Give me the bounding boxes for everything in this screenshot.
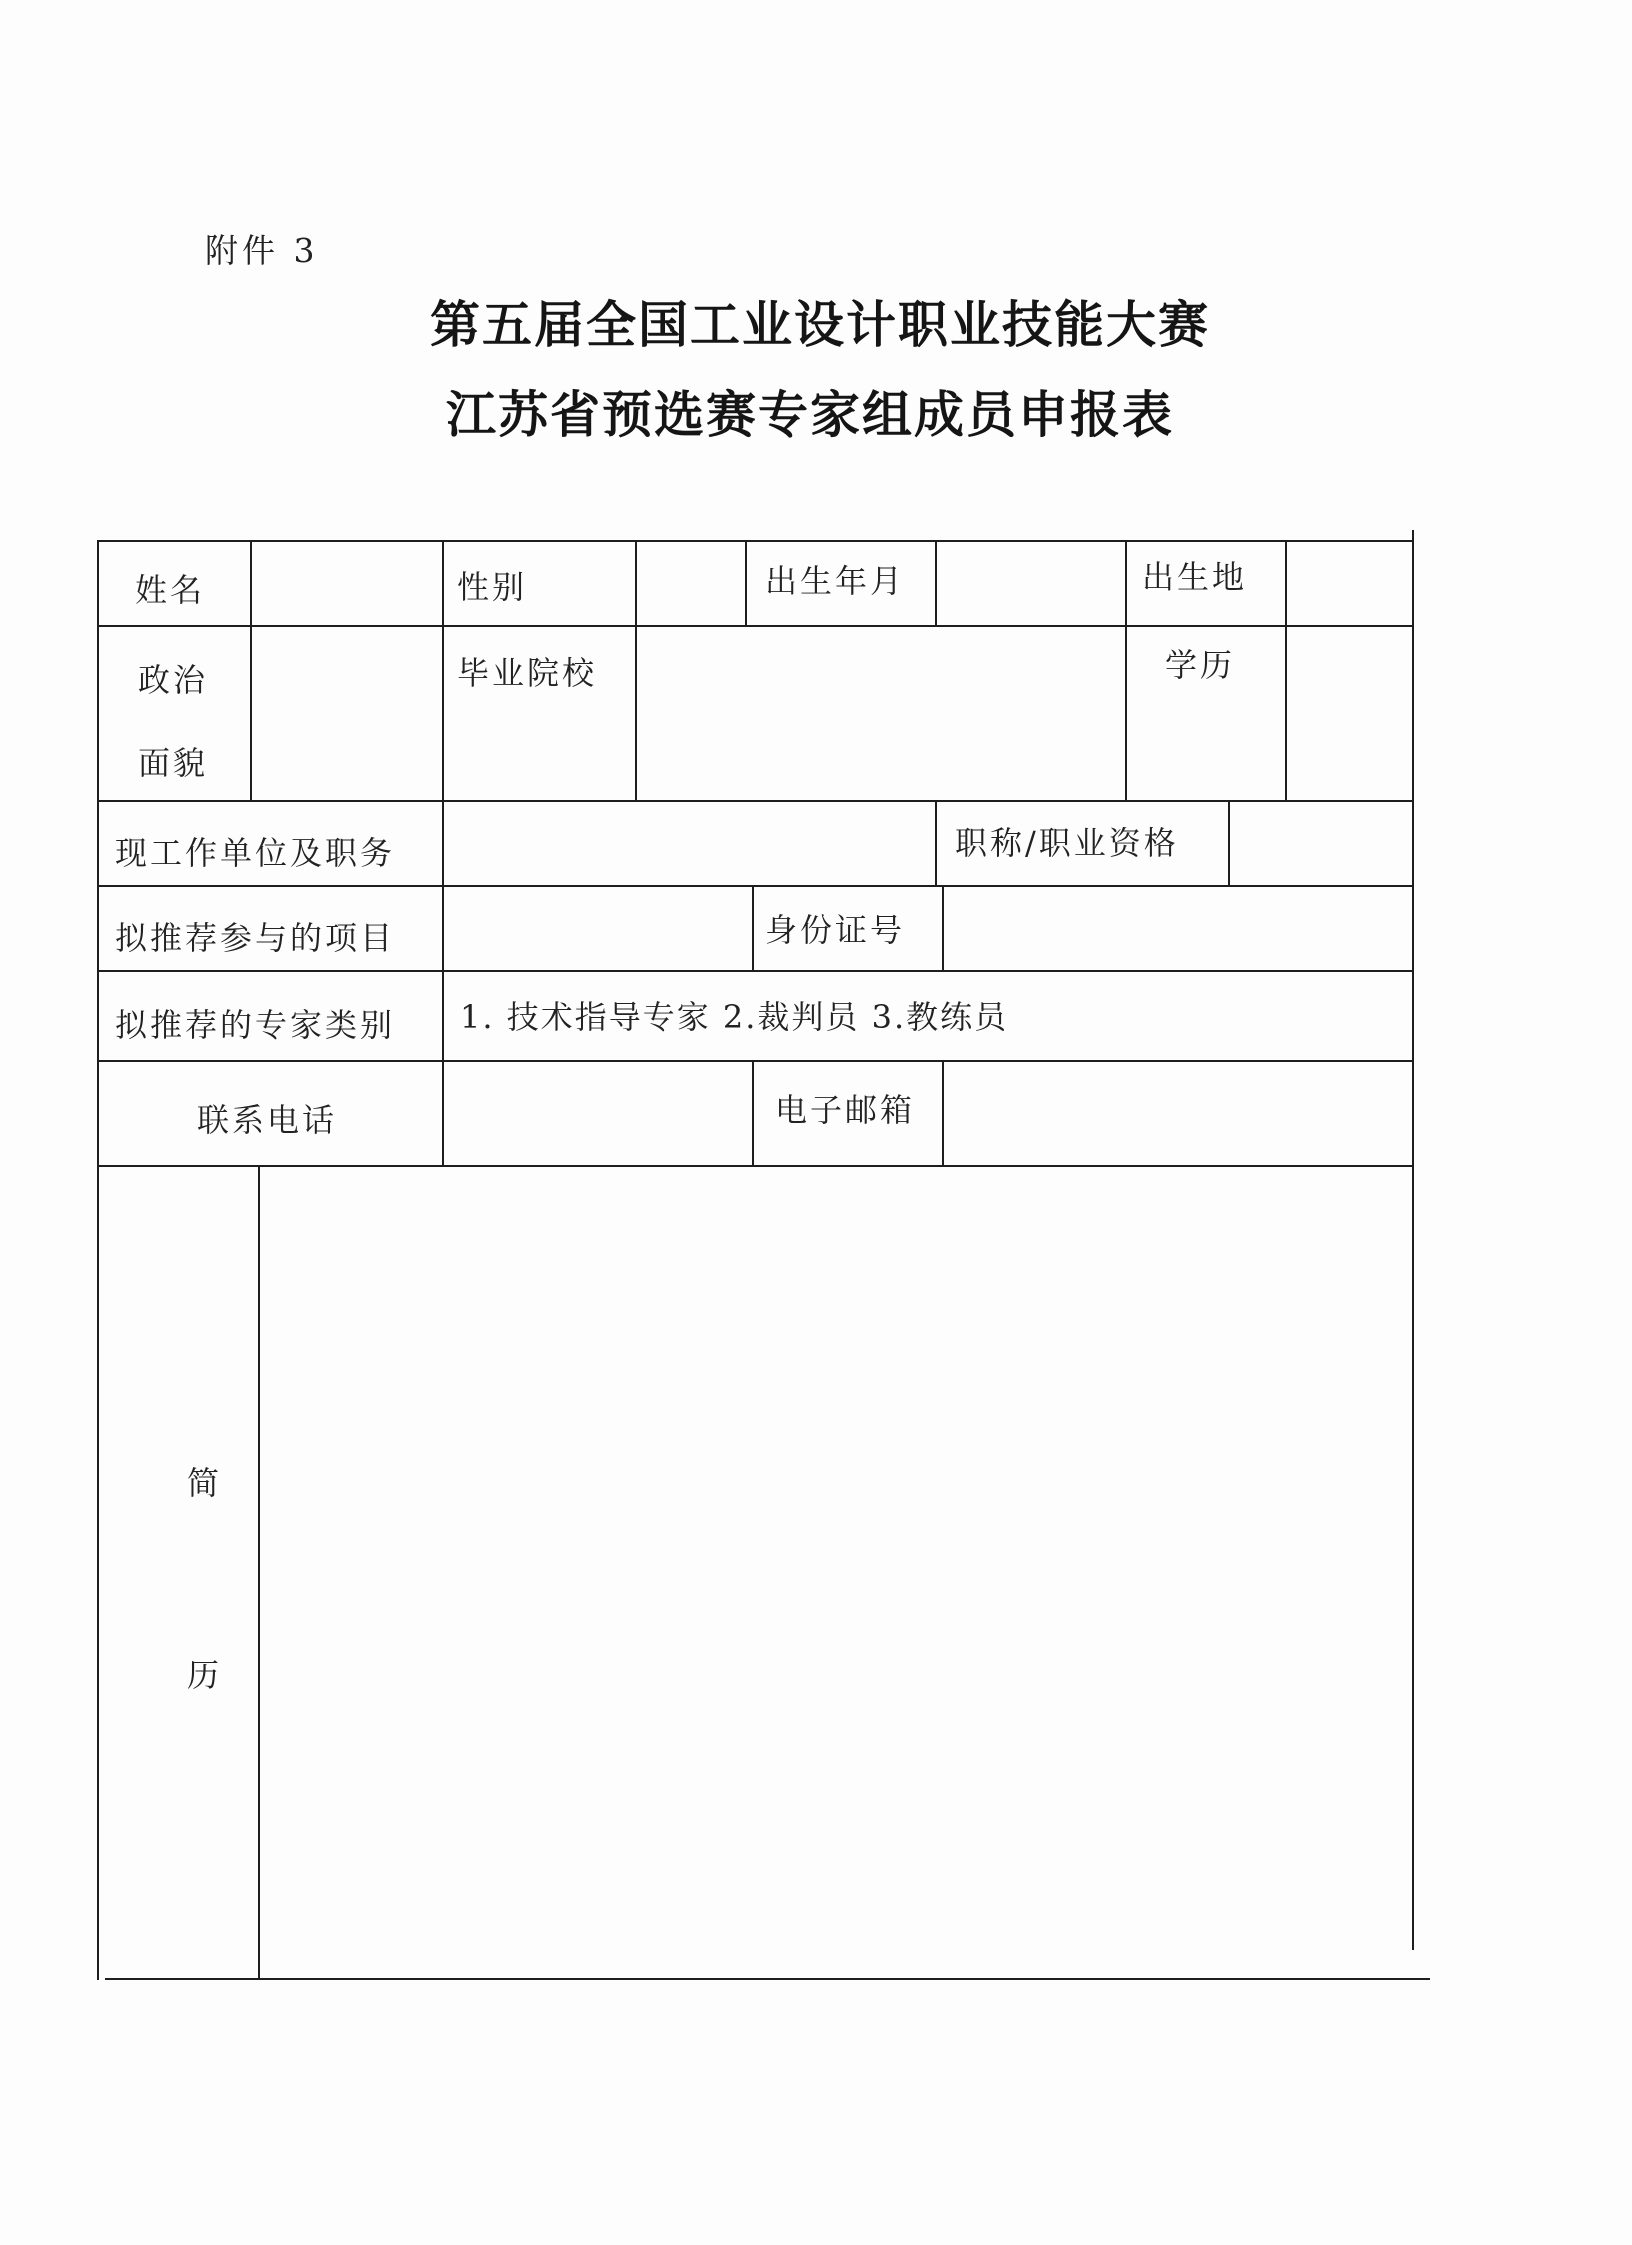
form-title-line2: 江苏省预选赛专家组成员申报表 (0, 375, 1500, 447)
col-divider (745, 540, 747, 625)
school-field[interactable] (637, 627, 1123, 798)
col-divider (442, 540, 444, 800)
attachment-label: 附件 3 (205, 225, 319, 272)
title-qualification-field[interactable] (1230, 802, 1410, 883)
title-qualification-label: 职称/职业资格 (955, 818, 1179, 864)
birth-date-field[interactable] (937, 542, 1123, 624)
resume-label-char1: 简 (187, 1458, 222, 1504)
col-divider (752, 885, 754, 970)
project-field[interactable] (444, 887, 750, 968)
table-border-right (1412, 530, 1414, 1950)
education-label: 学历 (1165, 640, 1235, 686)
project-label: 拟推荐参与的项目 (115, 913, 395, 959)
col-divider (752, 1060, 754, 1165)
work-unit-label: 现工作单位及职务 (115, 828, 395, 874)
id-number-field[interactable] (944, 887, 1410, 968)
email-label: 电子邮箱 (775, 1085, 915, 1131)
birth-date-label: 出生年月 (765, 556, 905, 602)
political-status-label-line2: 面貌 (138, 738, 208, 784)
phone-field[interactable] (444, 1062, 750, 1163)
expert-type-options[interactable]: 1. 技术指导专家 2.裁判员 3.教练员 (460, 992, 1008, 1038)
col-divider (1125, 540, 1127, 800)
political-status-field[interactable] (252, 627, 440, 798)
birthplace-label: 出生地 (1142, 552, 1247, 598)
work-unit-field[interactable] (444, 802, 933, 883)
row-divider-4 (97, 970, 1412, 972)
political-status-label-line1: 政治 (138, 655, 208, 701)
expert-type-label: 拟推荐的专家类别 (115, 1000, 395, 1046)
phone-label: 联系电话 (197, 1095, 337, 1141)
id-number-label: 身份证号 (765, 905, 905, 951)
education-field[interactable] (1287, 627, 1410, 798)
email-field[interactable] (944, 1062, 1410, 1163)
name-label: 姓名 (135, 565, 205, 611)
school-label: 毕业院校 (457, 648, 597, 694)
form-title-line1: 第五届全国工业设计职业技能大赛 (0, 285, 1500, 357)
col-divider (935, 800, 937, 885)
birthplace-field[interactable] (1287, 542, 1410, 624)
col-divider (442, 970, 444, 1060)
name-field[interactable] (252, 542, 440, 624)
gender-label: 性别 (457, 562, 527, 608)
table-border-bottom (105, 1978, 1430, 1980)
resume-label-char2: 历 (187, 1650, 222, 1696)
resume-field[interactable] (260, 1167, 1410, 1975)
table-border-left (97, 540, 99, 1980)
gender-field[interactable] (637, 542, 743, 624)
